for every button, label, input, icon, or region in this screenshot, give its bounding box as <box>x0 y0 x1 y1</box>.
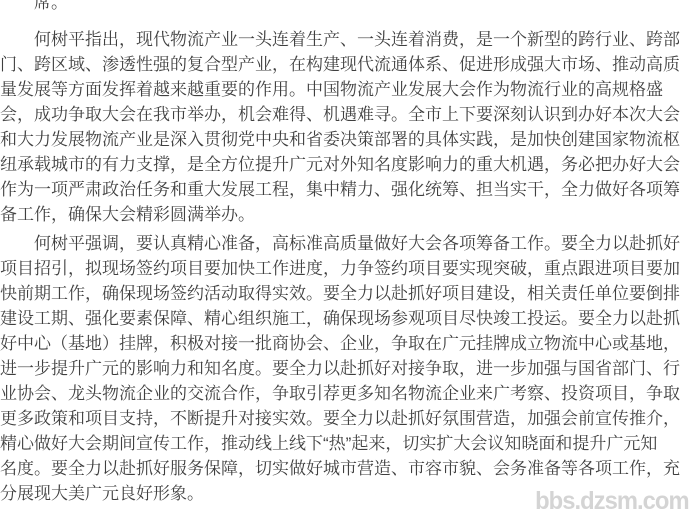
text-line: 门、跨区域、渗透性强的复合型产业，在构建现代流通体系、促进形成强大市场、推动高质 <box>0 52 690 77</box>
text-line: 何树平强调，要认真精心准备，高标准高质量做好大会各项筹备工作。要全力以赴抓好 <box>0 231 690 256</box>
text-line: 业协会、龙头物流企业的交流合作，争取引荐更多知名物流企业来广考察、投资项目，争取 <box>0 381 690 406</box>
cropped-previous-line: 席。 <box>0 0 690 15</box>
paragraph: 何树平强调，要认真精心准备，高标准高质量做好大会各项筹备工作。要全力以赴抓好项目… <box>0 231 690 506</box>
text-line: 精心做好大会期间宣传工作，推动线上线下“热”起来，切实扩大会议知晓面和提升广元知 <box>0 431 690 456</box>
paragraph: 何树平指出，现代物流产业一头连着生产、一头连着消费，是一个新型的跨行业、跨部门、… <box>0 27 690 227</box>
text-line: 纽承载城市的有力支撑，是全方位提升广元对外知名度影响力的重大机遇，务必把办好大会 <box>0 152 690 177</box>
site-watermark: bbs.dzsm.com <box>535 489 689 514</box>
article-body: 何树平指出，现代物流产业一头连着生产、一头连着消费，是一个新型的跨行业、跨部门、… <box>0 27 690 506</box>
text-line: 建设工期、强化要素保障、精心组织施工，确保现场参观项目尽快竣工投运。要全力以赴抓 <box>0 306 690 331</box>
article-page: 席。 何树平指出，现代物流产业一头连着生产、一头连着消费，是一个新型的跨行业、跨… <box>0 0 690 515</box>
text-line: 快前期工作，确保现场签约活动取得实效。要全力以赴抓好项目建设，相关责任单位要倒排 <box>0 281 690 306</box>
text-line: 作为一项严肃政治任务和重大发展工程，集中精力、强化统筹、担当实干，全力做好各项筹 <box>0 177 690 202</box>
text-line: 备工作，确保大会精彩圆满举办。 <box>0 202 690 227</box>
text-line: 项目招引，拟现场签约项目要加快工作进度，力争签约项目要实现突破，重点跟进项目要加 <box>0 256 690 281</box>
text-line: 更多政策和项目支持，不断提升对接实效。要全力以赴抓好氛围营造，加强会前宣传推介， <box>0 406 690 431</box>
text-line: 好中心（基地）挂牌，积极对接一批商协会、企业，争取在广元挂牌成立物流中心或基地， <box>0 331 690 356</box>
text-line: 何树平指出，现代物流产业一头连着生产、一头连着消费，是一个新型的跨行业、跨部 <box>0 27 690 52</box>
text-line: 和大力发展物流产业是深入贯彻党中央和省委决策部署的具体实践，是加快创建国家物流枢 <box>0 127 690 152</box>
text-line: 名度。要全力以赴抓好服务保障，切实做好城市营造、市容市貌、会务准备等各项工作，充 <box>0 456 690 481</box>
text-line: 会，成功争取大会在我市举办，机会难得、机遇难寻。全市上下要深刻认识到办好本次大会 <box>0 102 690 127</box>
text-line: 进一步提升广元的影响力和知名度。要全力以赴抓好对接争取，进一步加强与国省部门、行 <box>0 356 690 381</box>
text-line: 量发展等方面发挥着越来越重要的作用。中国物流产业发展大会作为物流行业的高规格盛 <box>0 77 690 102</box>
